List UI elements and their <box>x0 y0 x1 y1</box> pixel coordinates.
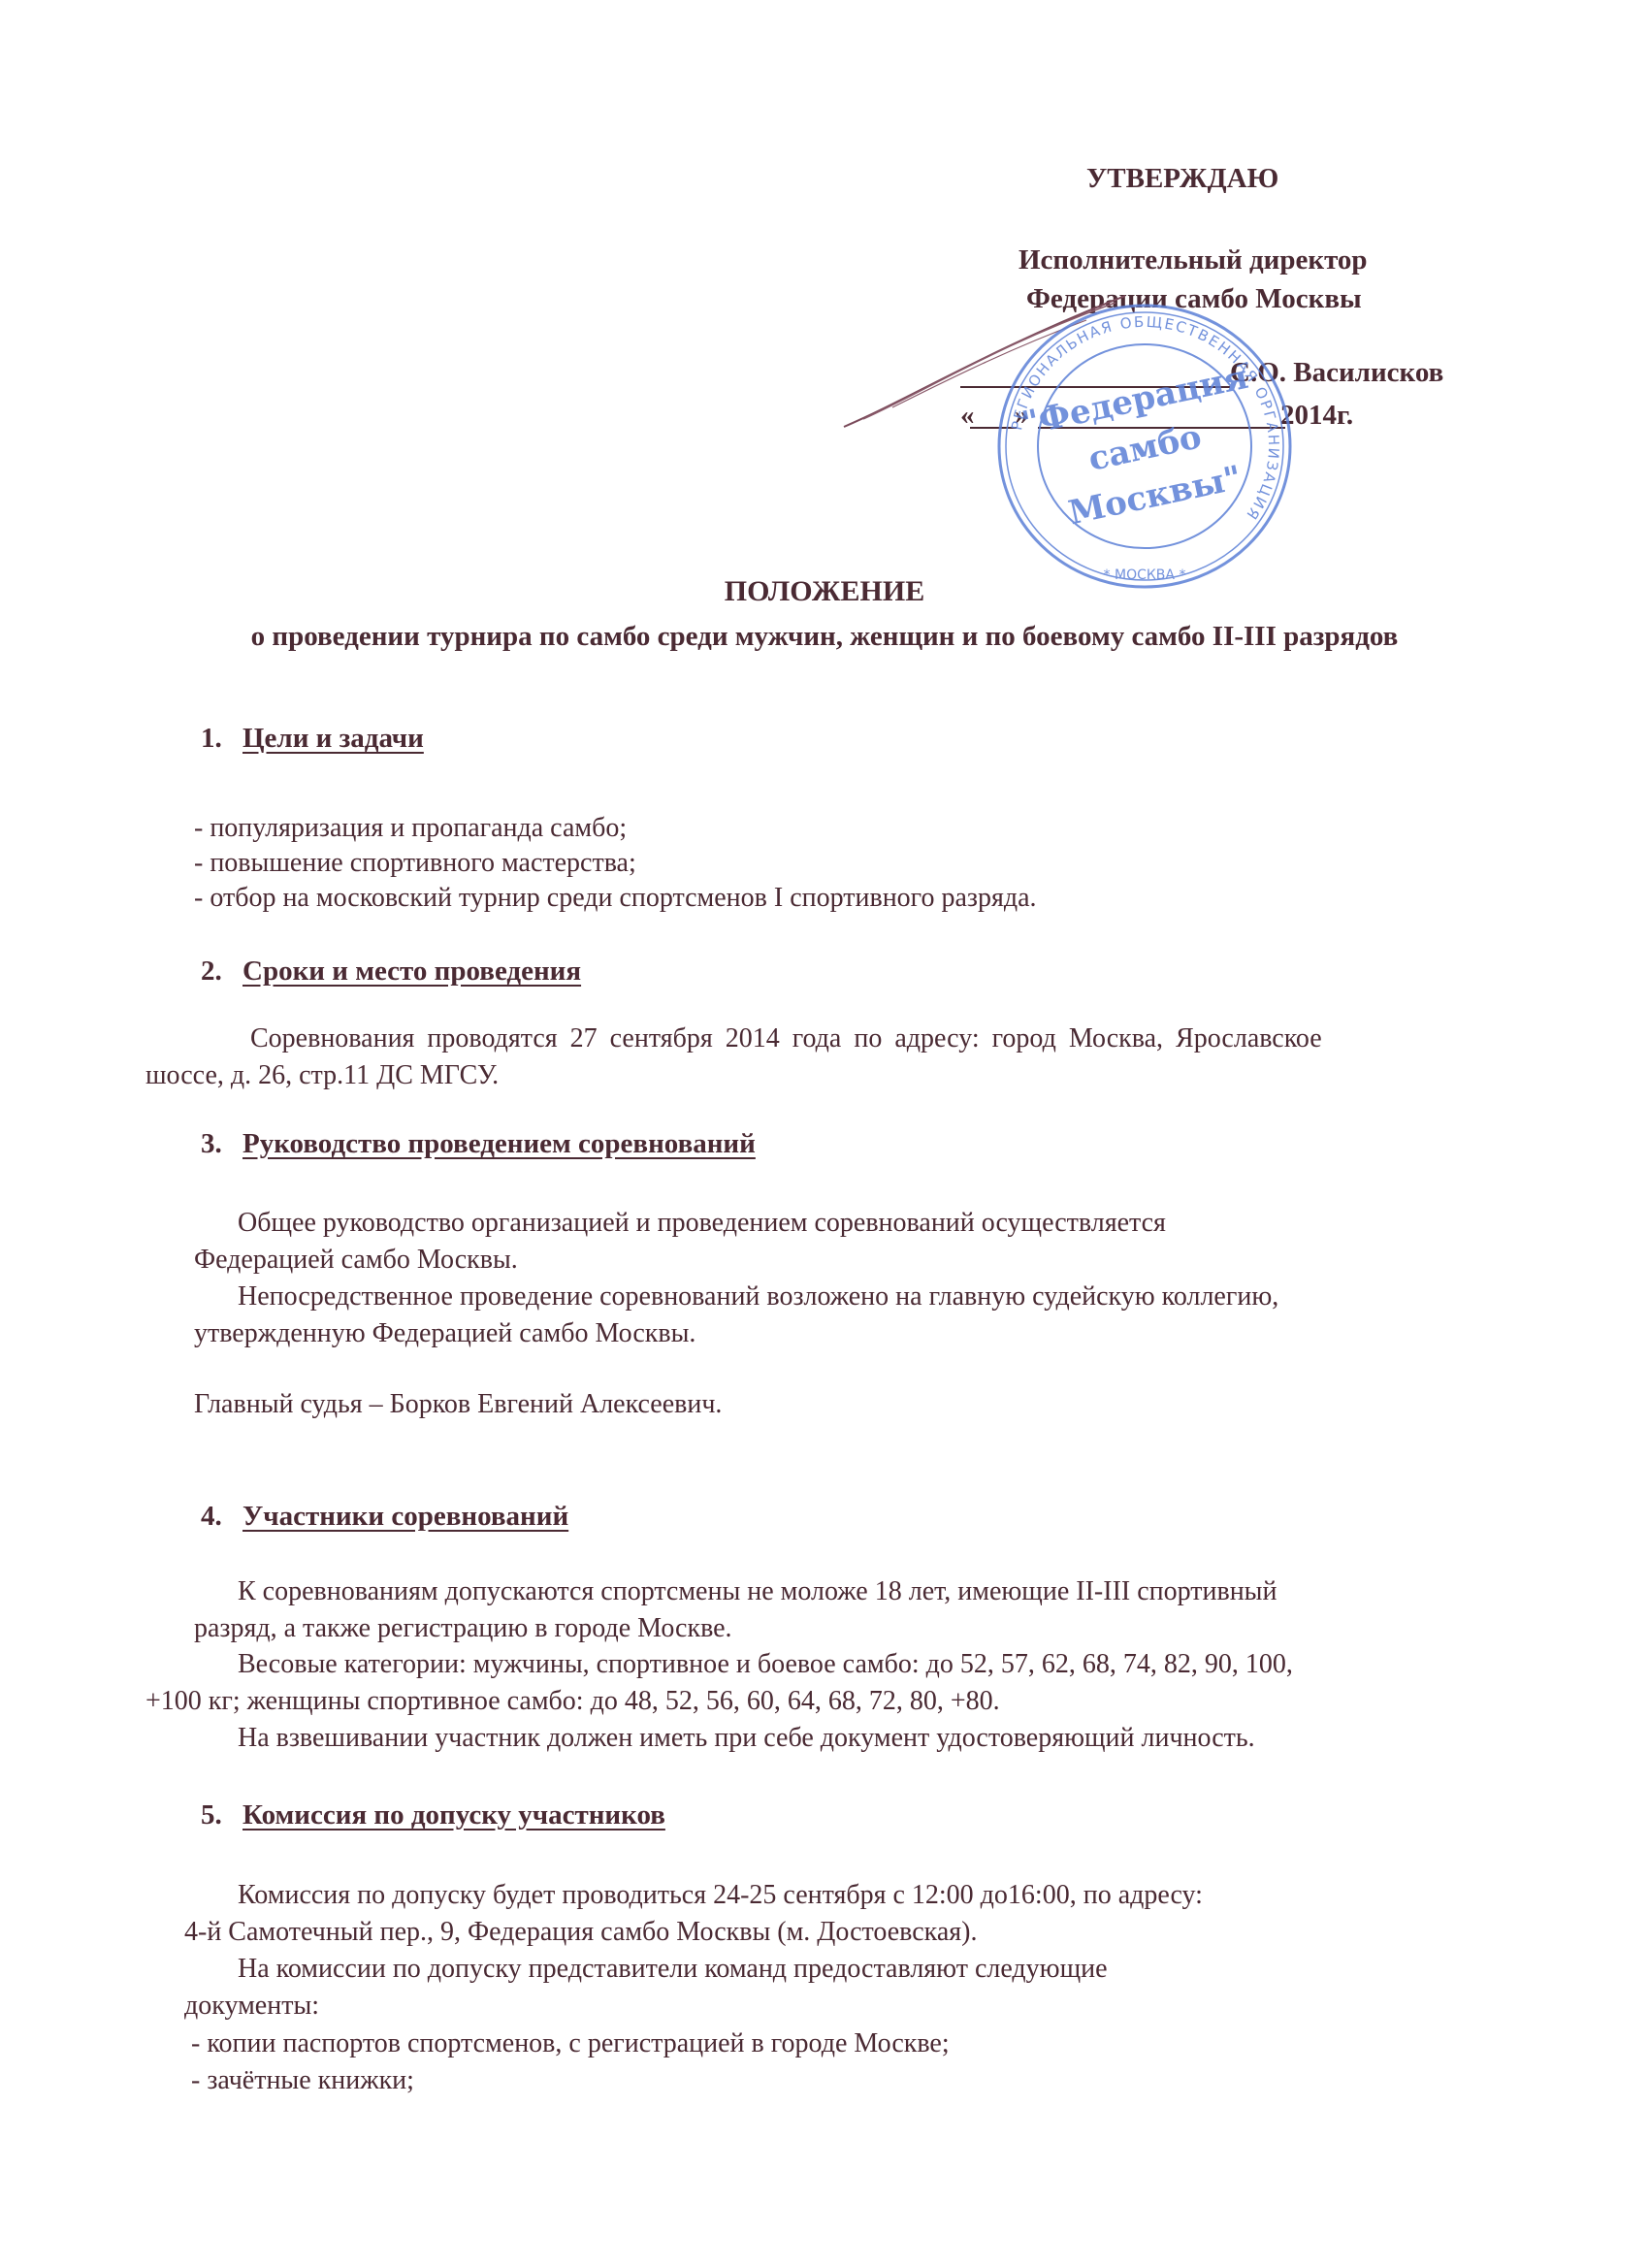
document-page: УТВЕРЖДАЮ Исполнительный директор Федера… <box>0 0 1649 2268</box>
approval-position-line1: Исполнительный директор <box>1018 244 1368 276</box>
section-5-text-line: Комиссия по допуску будет проводиться 24… <box>238 1880 1203 1911</box>
section-2-text-line: Соревнования проводятся 27 сентября 2014… <box>250 1023 1322 1054</box>
section-1-title: Цели и задачи <box>242 723 424 755</box>
section-4-text-line: К соревнованиям допускаются спортсмены н… <box>238 1576 1277 1607</box>
section-1-item: - повышение спортивного мастерства; <box>194 848 636 879</box>
section-3-text-line: утвержденную Федерацией самбо Москвы. <box>194 1318 695 1349</box>
section-4-title: Участники соревнований <box>242 1501 568 1533</box>
document-title: ПОЛОЖЕНИЕ <box>0 575 1649 608</box>
weight-categories-line: Весовые категории: мужчины, спортивное и… <box>238 1649 1293 1680</box>
section-1-item: - популяризация и пропаганда самбо; <box>194 813 627 844</box>
approval-title: УТВЕРЖДАЮ <box>1086 163 1278 195</box>
organization-stamp-icon: РЕГИОНАЛЬНАЯ ОБЩЕСТВЕННАЯ ОРГАНИЗАЦИЯ * … <box>989 296 1300 597</box>
section-3-text-line: Федерацией самбо Москвы. <box>194 1245 518 1276</box>
section-2-text-line: шоссе, д. 26, стр.11 ДС МГСУ. <box>145 1060 499 1091</box>
section-4-number: 4. <box>201 1501 222 1533</box>
section-1-item: - отбор на московский турнир среди спорт… <box>194 883 1037 914</box>
section-5-text-line: 4-й Самотечный пер., 9, Федерация самбо … <box>184 1917 977 1948</box>
section-2-number: 2. <box>201 956 222 988</box>
section-3-title: Руководство проведением соревнований <box>242 1128 756 1160</box>
section-3-text-line: Непосредственное проведение соревнований… <box>238 1281 1278 1312</box>
section-5-text-line: На комиссии по допуску представители ком… <box>238 1954 1108 1985</box>
required-document-item: - копии паспортов спортсменов, с регистр… <box>184 2028 950 2059</box>
section-3-number: 3. <box>201 1128 222 1160</box>
section-3-text-line: Общее руководство организацией и проведе… <box>238 1208 1166 1239</box>
section-5-title: Комиссия по допуску участников <box>242 1799 665 1831</box>
section-4-text-line: разряд, а также регистрацию в городе Мос… <box>194 1613 732 1644</box>
required-document-item: - зачётные книжки; <box>184 2065 414 2096</box>
section-5-text-line: документы: <box>184 1991 319 2022</box>
document-subtitle: о проведении турнира по самбо среди мужч… <box>0 621 1649 653</box>
section-5-number: 5. <box>201 1799 222 1831</box>
section-4-text-line: На взвешивании участник должен иметь при… <box>238 1723 1255 1754</box>
section-1-number: 1. <box>201 723 222 755</box>
chief-judge: Главный судья – Борков Евгений Алексееви… <box>194 1389 722 1420</box>
section-2-title: Сроки и место проведения <box>242 956 581 988</box>
weight-categories-line: +100 кг; женщины спортивное самбо: до 48… <box>145 1686 1000 1717</box>
